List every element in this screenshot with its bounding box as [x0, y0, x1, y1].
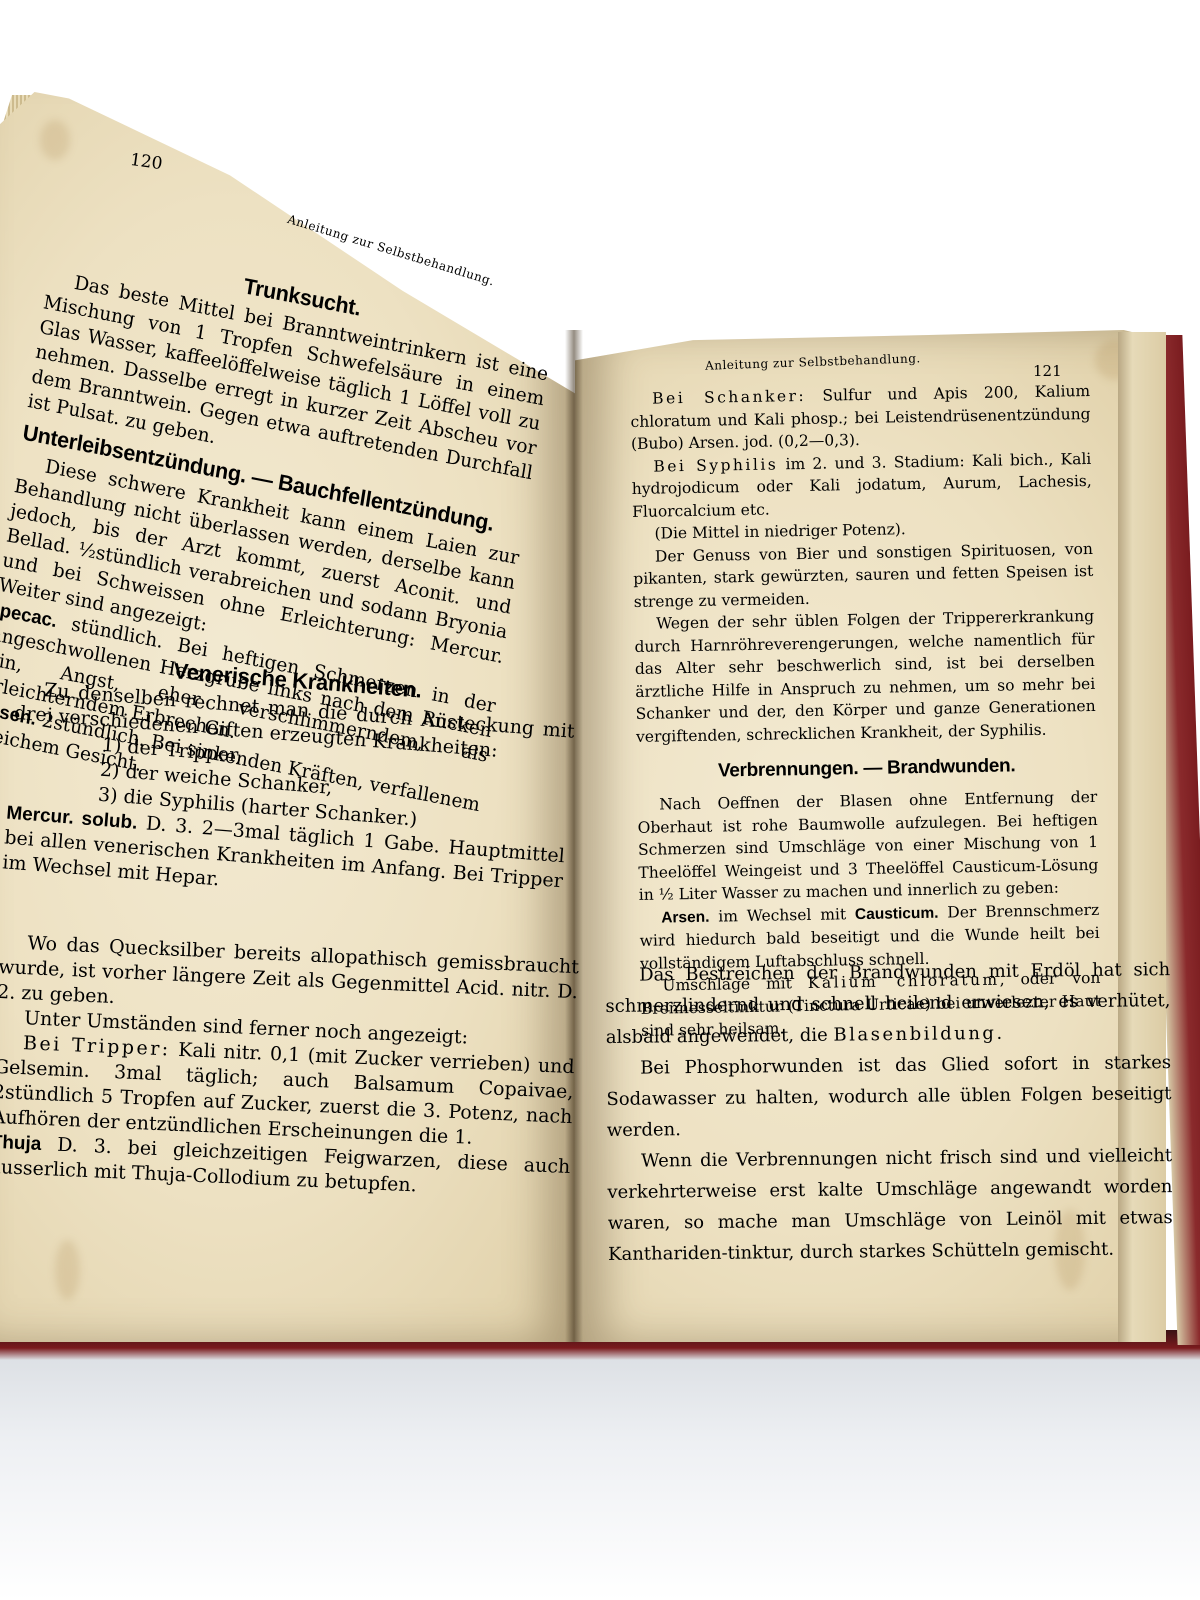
paper-stain [55, 1240, 80, 1300]
page-number-left: 120 [129, 150, 164, 174]
left-text-lower: Wo das Quecksilber bereits allopathisch … [0, 930, 579, 1205]
remedy-name: Causticum. [855, 904, 939, 922]
page-number-right: 121 [1033, 362, 1062, 380]
emphasis-spaced: Bei Syphilis [653, 455, 778, 475]
emphasis-spaced: Bei Schanker: [652, 387, 806, 408]
paragraph: Bei Schanker: Sulfur und Apis 200, Kaliu… [630, 380, 1091, 456]
paragraph: Das Bestreichen der Brandwunden mit Erdö… [605, 954, 1171, 1053]
emphasis-spaced: Bei Tripper: [23, 1032, 172, 1060]
paragraph-text: im Wechsel mit [709, 905, 855, 926]
right-text-lower: Das Bestreichen der Brandwunden mit Erdö… [605, 954, 1173, 1270]
paragraph: Nach Oeffnen der Blasen ohne Entfernung … [637, 786, 1099, 907]
heading-verbrennungen: Verbrennungen. — Brandwunden. [637, 754, 1097, 784]
table-surface [0, 1340, 1200, 1600]
paragraph: Wenn die Verbrennungen nicht frisch sind… [607, 1140, 1173, 1270]
emphasis-spaced: Blasenbildung [833, 1023, 996, 1046]
right-text-upper: Bei Schanker: Sulfur und Apis 200, Kaliu… [630, 380, 1101, 1042]
paper-stain [40, 120, 70, 160]
paragraph-text: . [996, 1023, 1002, 1044]
paragraph: Der Genuss von Bier und sonstigen Spirit… [633, 537, 1094, 613]
paragraph: Bei Phosphorwunden ist das Glied sofort … [606, 1047, 1172, 1146]
remedy-name: Arsen. [661, 908, 710, 926]
photo-scene: 120 Anleitung zur Selbstbehandlung. Trun… [0, 0, 1200, 1600]
paragraph: Wegen der sehr üblen Folgen der Trippere… [634, 605, 1096, 748]
left-text-middle: Venerische Krankheiten. Zu denselben rec… [1, 640, 578, 919]
paragraph: Bei Syphilis im 2. und 3. Stadium: Kali … [631, 447, 1092, 523]
remedy-name: Thuja [0, 1132, 42, 1155]
